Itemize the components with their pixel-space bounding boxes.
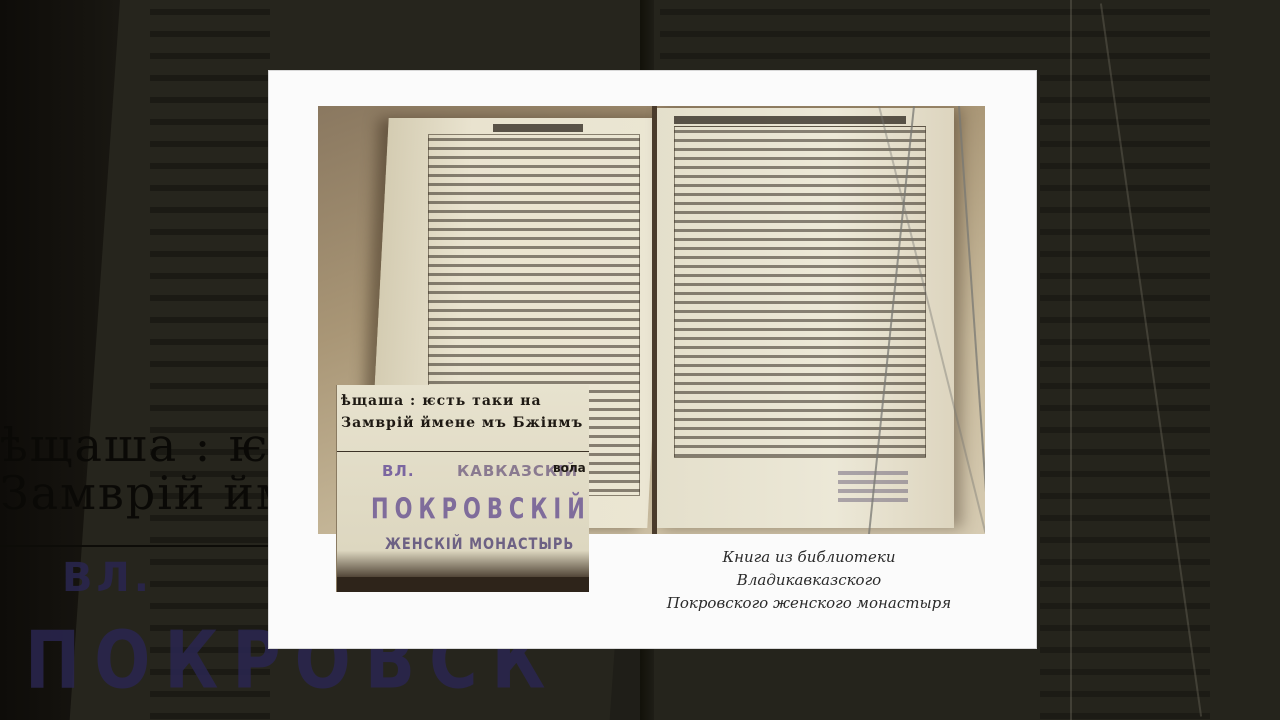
page-header: [493, 124, 583, 132]
page-header: [674, 116, 906, 124]
printed-text-block: [674, 126, 926, 458]
stamp-closeup-inset: ѣщаша : ѥсть таки на Замврій ймене мъ Бж…: [336, 385, 589, 592]
background-text-lines: [660, 0, 1040, 70]
glass-reflection: [1070, 0, 1072, 720]
inset-side-word: вола: [553, 461, 586, 475]
stamp-text: ЖЕНСКІЙ МОНАСТЫРЬ: [385, 535, 574, 554]
background-stamp-text: ВЛ.: [62, 555, 153, 601]
inset-shadow: [337, 577, 589, 592]
background-text-lines: [150, 0, 270, 720]
stamp-text: ПОКРОВСКІЙ: [371, 493, 589, 525]
photo-caption: Книга из библиотеки Владикавказского Пок…: [589, 546, 1029, 615]
inset-text-line: Замврій ймене мъ Бжінмъ: [341, 415, 583, 431]
inset-text-line: ѣщаша : ѥсть таки на: [341, 393, 542, 409]
caption-line: Покровского женского монастыря: [589, 592, 1029, 615]
inset-divider: [337, 451, 589, 452]
background-divider: [0, 545, 270, 547]
caption-line: Книга из библиотеки: [589, 546, 1029, 569]
caption-line: Владикавказского: [589, 569, 1029, 592]
glass-reflection: [958, 106, 985, 534]
stamp-text: ВЛ.: [382, 462, 415, 480]
book-spine: [652, 106, 657, 534]
slide-page: ѣщаша : ѥсть таки на Замврій ймене мъ Бж…: [269, 71, 1036, 648]
